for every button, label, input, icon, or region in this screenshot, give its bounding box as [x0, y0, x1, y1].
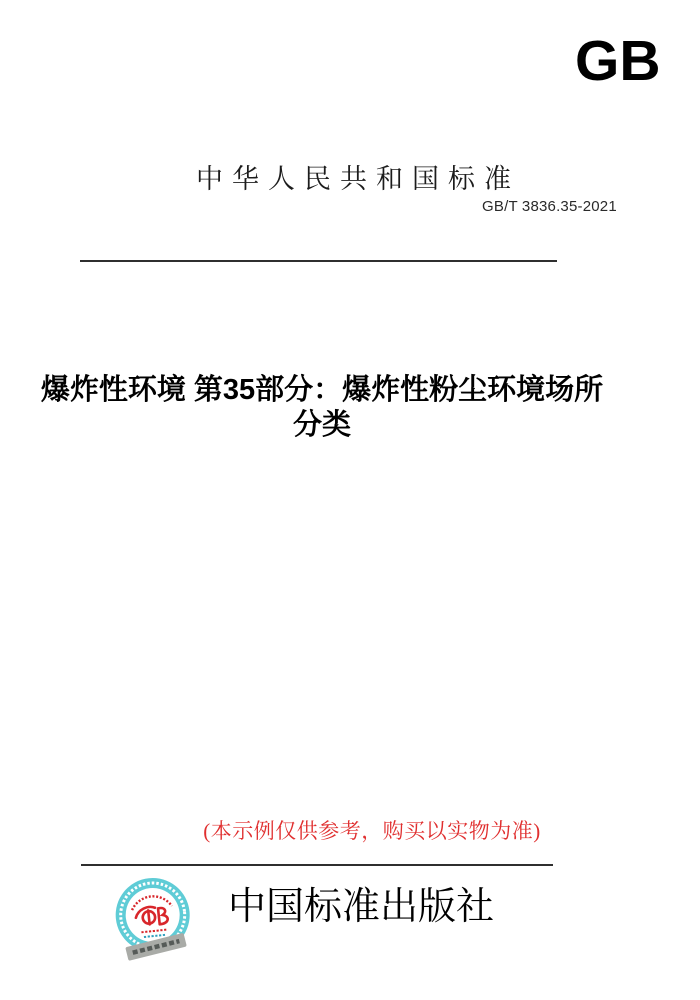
- standard-title-line1: 爆炸性环境 第35部分：爆炸性粉尘环境场所: [41, 374, 603, 406]
- standard-cover-page: GB 中华人民共和国标准 GB/T 3836.35-2021 爆炸性环境 第35…: [0, 0, 700, 1000]
- bottom-divider-line: [81, 864, 553, 866]
- gb-standard-mark: GB: [575, 33, 661, 90]
- top-divider-line: [80, 260, 557, 262]
- reference-only-notice: (本示例仅供参考，购买以实物为准): [0, 815, 700, 845]
- standard-title: 爆炸性环境 第35部分：爆炸性粉尘环境场所 分类: [40, 373, 604, 443]
- standard-title-line2: 分类: [293, 409, 351, 441]
- country-standard-heading: 中华人民共和国标准: [196, 157, 520, 196]
- standard-number: GB/T 3836.35-2021: [482, 198, 617, 215]
- anti-counterfeit-sticker-logo: [108, 871, 199, 965]
- publisher-name: 中国标准出版社: [228, 885, 494, 931]
